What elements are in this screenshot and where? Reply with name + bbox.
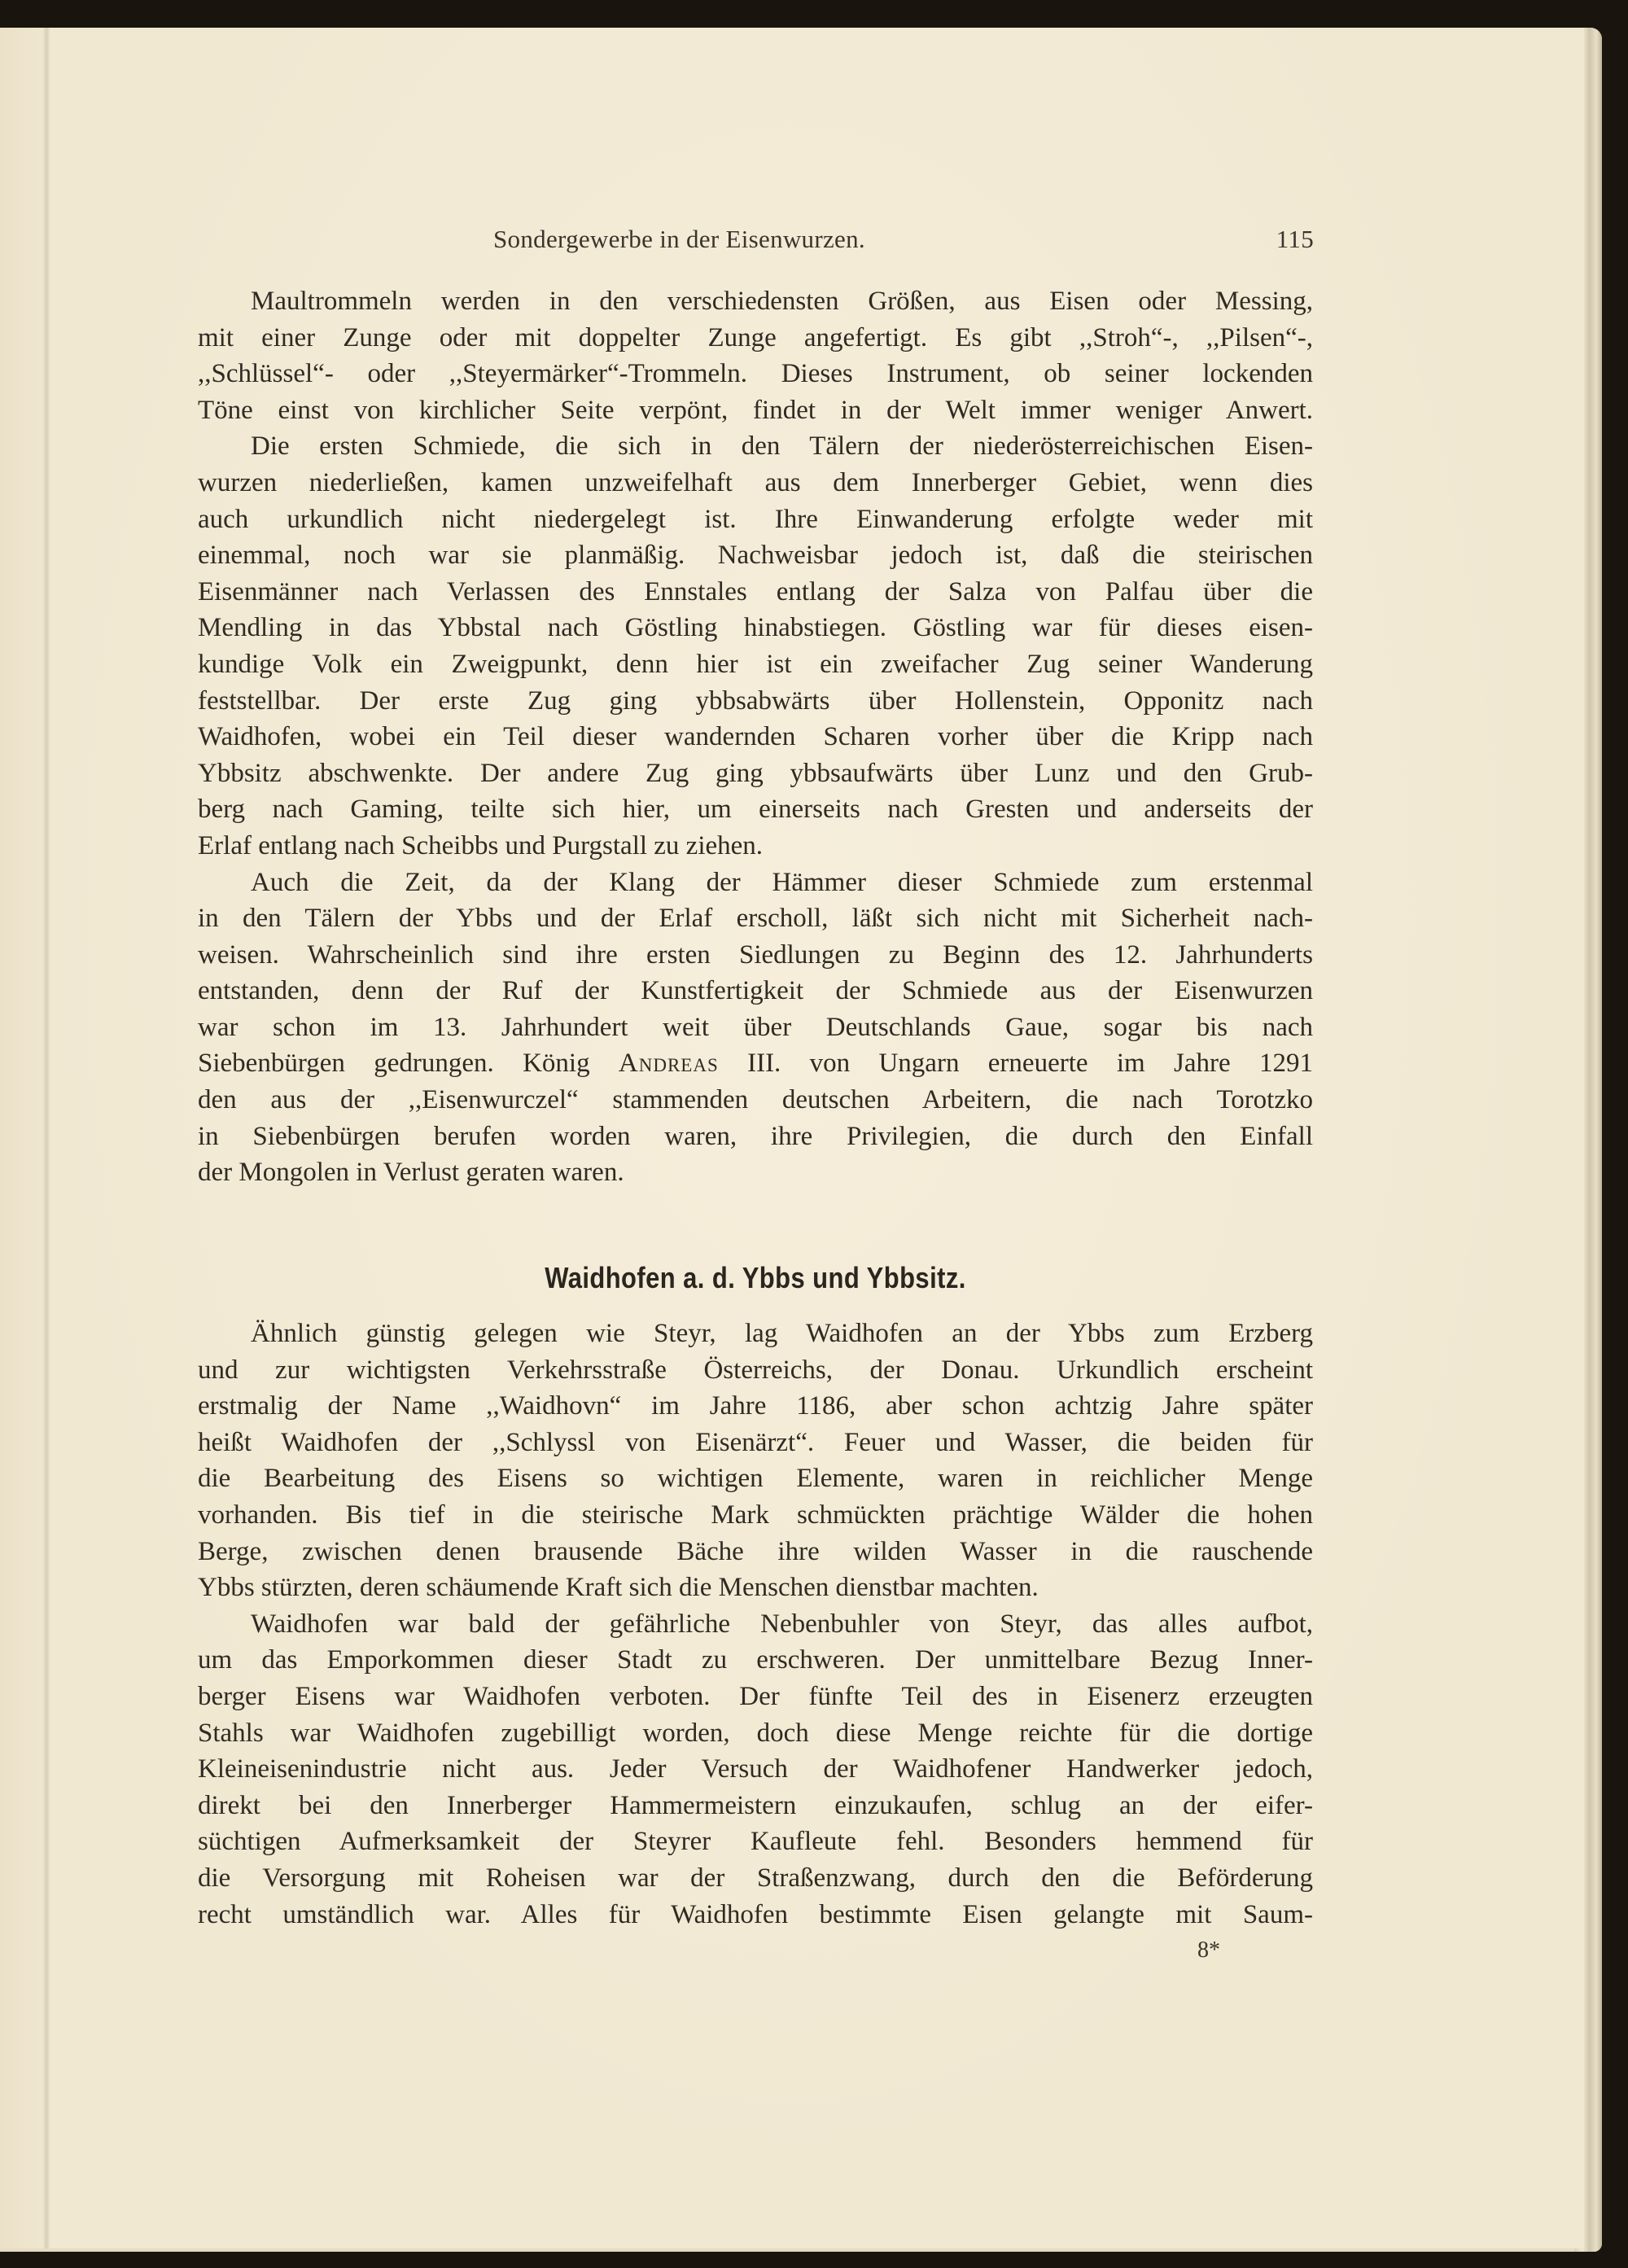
text-line: einemmal, noch war sie planmäßig. Nachwe…: [198, 537, 1313, 574]
page-number: 115: [1276, 225, 1314, 254]
text-line: Eisenmänner nach Verlassen des Ennstales…: [198, 574, 1313, 611]
section-heading: Waidhofen a. d. Ybbs und Ybbsitz.: [276, 1261, 1235, 1295]
text-line: Erlaf entlang nach Scheibbs und Purgstal…: [198, 828, 1313, 865]
section-2-body: Ähnlich günstig gelegen wie Steyr, lag W…: [198, 1316, 1313, 1933]
text-line: um das Emporkommen dieser Stadt zu ersch…: [198, 1642, 1313, 1679]
text-line-with-name: Siebenbürgen gedrungen. König Andreas II…: [198, 1045, 1313, 1082]
running-head: Sondergewerbe in der Eisenwurzen. 115: [493, 225, 1314, 257]
text-line: direkt bei den Innerberger Hammermeister…: [198, 1788, 1313, 1824]
paragraph: Maultrommeln werden in den verschiedenst…: [198, 283, 1313, 428]
text-line: heißt Waidhofen der ,,Schlyssl von Eisen…: [198, 1425, 1313, 1461]
text-line: Waidhofen, wobei ein Teil dieser wandern…: [198, 719, 1313, 755]
text-line: Maultrommeln werden in den verschiedenst…: [198, 283, 1313, 320]
text-line: Berge, zwischen denen brausende Bäche ih…: [198, 1534, 1313, 1570]
text-line: den aus der ,,Eisenwurczel“ stammenden d…: [198, 1082, 1313, 1119]
text-line: entstanden, denn der Ruf der Kunstfertig…: [198, 973, 1313, 1009]
running-title: Sondergewerbe in der Eisenwurzen.: [493, 225, 865, 254]
text-line: mit einer Zunge oder mit doppelter Zunge…: [198, 320, 1313, 357]
text-line: und zur wichtigsten Verkehrsstraße Öster…: [198, 1352, 1313, 1389]
person-name-smallcaps: Andreas: [619, 1049, 719, 1078]
text-line: Ybbs stürzten, deren schäumende Kraft si…: [198, 1570, 1313, 1606]
text-fragment: III. von Ungarn erneuerte im Jahre 1291: [719, 1049, 1313, 1078]
text-line: berg nach Gaming, teilte sich hier, um e…: [198, 791, 1313, 828]
text-line: Kleineisenindustrie nicht aus. Jeder Ver…: [198, 1751, 1313, 1788]
text-line: weisen. Wahrscheinlich sind ihre ersten …: [198, 937, 1313, 974]
text-line: Ähnlich günstig gelegen wie Steyr, lag W…: [198, 1316, 1313, 1352]
text-line: Auch die Zeit, da der Klang der Hämmer d…: [198, 865, 1313, 901]
paragraph: Auch die Zeit, da der Klang der Hämmer d…: [198, 865, 1313, 1191]
text-line: erstmalig der Name ,,Waidhovn“ im Jahre …: [198, 1388, 1313, 1425]
paragraph: Waidhofen war bald der gefährliche Neben…: [198, 1606, 1313, 1933]
text-line: auch urkundlich nicht niedergelegt ist. …: [198, 501, 1313, 538]
text-line: wurzen niederließen, kamen unzweifelhaft…: [198, 465, 1313, 501]
text-line: der Mongolen in Verlust geraten waren.: [198, 1154, 1313, 1191]
text-line: kundige Volk ein Zweigpunkt, denn hier i…: [198, 646, 1313, 683]
text-line: Ybbsitz abschwenkte. Der andere Zug ging…: [198, 755, 1313, 792]
text-line: war schon im 13. Jahrhundert weit über D…: [198, 1009, 1313, 1046]
text-line: in den Tälern der Ybbs und der Erlaf ers…: [198, 900, 1313, 937]
text-line: die Versorgung mit Roheisen war der Stra…: [198, 1860, 1313, 1897]
paragraph: Die ersten Schmiede, die sich in den Täl…: [198, 428, 1313, 864]
text-line: in Siebenbürgen berufen worden waren, ih…: [198, 1119, 1313, 1155]
paragraph: Ähnlich günstig gelegen wie Steyr, lag W…: [198, 1316, 1313, 1606]
text-line: recht umständlich war. Alles für Waidhof…: [198, 1897, 1313, 1933]
text-line: ,,Schlüssel“- oder ,,Steyermärker“-Tromm…: [198, 356, 1313, 392]
text-line: feststellbar. Der erste Zug ging ybbsabw…: [198, 683, 1313, 720]
text-line: berger Eisens war Waidhofen verboten. De…: [198, 1679, 1313, 1715]
signature-mark: 8*: [1197, 1937, 1220, 1964]
text-line: süchtigen Aufmerksamkeit der Steyrer Kau…: [198, 1824, 1313, 1860]
text-line: Mendling in das Ybbstal nach Göstling hi…: [198, 610, 1313, 646]
text-line: Waidhofen war bald der gefährliche Neben…: [198, 1606, 1313, 1643]
text-line: die Bearbeitung des Eisens so wichtigen …: [198, 1460, 1313, 1497]
text-line: Stahls war Waidhofen zugebilligt worden,…: [198, 1715, 1313, 1752]
text-line: Die ersten Schmiede, die sich in den Täl…: [198, 428, 1313, 465]
text-line: vorhanden. Bis tief in die steirische Ma…: [198, 1497, 1313, 1534]
gutter-shadow: [0, 28, 50, 2248]
text-line: Töne einst von kirchlicher Seite verpönt…: [198, 392, 1313, 429]
section-1-body: Maultrommeln werden in den verschiedenst…: [198, 283, 1313, 1191]
text-fragment: Siebenbürgen gedrungen. König: [198, 1049, 619, 1078]
